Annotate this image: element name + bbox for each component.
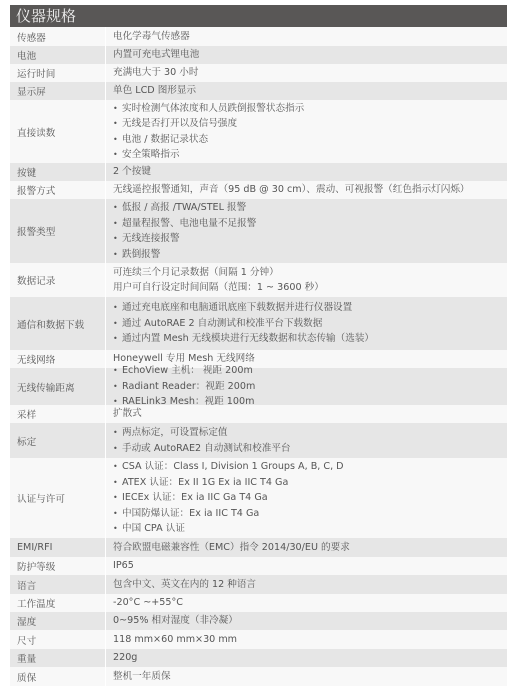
spec-row: 运行时间充满电大于 30 小时	[10, 64, 507, 82]
spec-bullet-item: 跌倒报警	[113, 247, 507, 263]
spec-value: 内置可充电式锂电池	[106, 46, 507, 64]
spec-value: 可连续三个月记录数据（间隔 1 分钟）用户可自行设定时间间隔（范围：1 ~ 36…	[106, 263, 507, 297]
spec-row: 标定两点标定，可设置标定值手动或 AutoRAE2 自动测试和校准平台	[10, 423, 507, 458]
spec-value-line: 2 个按键	[113, 164, 507, 180]
spec-row: 报警类型低报 / 高报 /TWA/STEL 报警超量程报警、电池电量不足报警无线…	[10, 199, 507, 263]
spec-row: 防护等级IP65	[10, 557, 507, 575]
spec-value: 低报 / 高报 /TWA/STEL 报警超量程报警、电池电量不足报警无线连接报警…	[106, 199, 507, 263]
spec-bullet-item: 通过充电底座和电脑通讯底座下载数据并进行仪器设置	[113, 300, 507, 316]
spec-bullet-item: 安全策略指示	[113, 147, 507, 163]
spec-row: 直接读数实时检测气体浓度和人员跌倒报警状态指示无线是否打开以及信号强度电池 / …	[10, 100, 507, 163]
spec-bullet-item: Radiant Reader：视距 200m	[113, 379, 507, 395]
spec-value-line: 包含中文、英文在内的 12 种语言	[113, 577, 507, 593]
spec-label: 无线传输距离	[10, 368, 106, 405]
spec-value-line: IP65	[113, 558, 507, 574]
spec-bullet-item: ATEX 认证：Ex II 1G Ex ia IIC T4 Ga	[113, 475, 507, 491]
spec-label: 工作温度	[10, 594, 106, 612]
spec-label: 尺寸	[10, 630, 106, 649]
spec-bullet-item: 中国 CPA 认证	[113, 521, 507, 537]
spec-row: 数据记录可连续三个月记录数据（间隔 1 分钟）用户可自行设定时间间隔（范围：1 …	[10, 263, 507, 297]
spec-value: 单色 LCD 图形显示	[106, 82, 507, 100]
spec-row: 采样扩散式	[10, 405, 507, 423]
spec-bullet-item: 无线连接报警	[113, 231, 507, 247]
spec-label: 质保	[10, 667, 106, 686]
spec-value: 扩散式	[106, 405, 507, 423]
spec-value: 2 个按键	[106, 163, 507, 181]
spec-value-line: -20°C ~+55°C	[113, 595, 507, 611]
spec-row: 显示屏单色 LCD 图形显示	[10, 82, 507, 100]
spec-value-line: 用户可自行设定时间间隔（范围：1 ~ 3600 秒）	[113, 280, 507, 296]
spec-bullet-item: 通过内置 Mesh 无线模块进行无线数据和状态传输（选装）	[113, 331, 507, 347]
spec-label: 显示屏	[10, 82, 106, 100]
spec-bullet-item: 实时检测气体浓度和人员跌倒报警状态指示	[113, 101, 507, 117]
spec-value: CSA 认证：Class I, Division 1 Groups A, B, …	[106, 458, 507, 538]
spec-label: 直接读数	[10, 100, 106, 163]
spec-rows: 传感器电化学毒气传感器电池内置可充电式锂电池运行时间充满电大于 30 小时显示屏…	[10, 27, 507, 686]
spec-row: 重量220g	[10, 649, 507, 667]
spec-value: 两点标定，可设置标定值手动或 AutoRAE2 自动测试和校准平台	[106, 423, 507, 458]
spec-row: 认证与许可CSA 认证：Class I, Division 1 Groups A…	[10, 458, 507, 538]
spec-row: 湿度0~95% 相对湿度（非冷凝）	[10, 612, 507, 630]
spec-row: 传感器电化学毒气传感器	[10, 27, 507, 46]
spec-label: 语言	[10, 575, 106, 594]
spec-value-line: 118 mm×60 mm×30 mm	[113, 632, 507, 648]
spec-row: EMI/RFI符合欧盟电磁兼容性（EMC）指令 2014/30/EU 的要求	[10, 538, 507, 557]
spec-value: 通过充电底座和电脑通讯底座下载数据并进行仪器设置通过 AutoRAE 2 自动测…	[106, 297, 507, 350]
spec-row: 报警方式无线遥控报警通知，声音（95 dB @ 30 cm）、震动、可视报警（红…	[10, 181, 507, 199]
spec-label: 数据记录	[10, 263, 106, 297]
spec-label: 按键	[10, 163, 106, 181]
spec-bullet-item: EchoView 主机： 视距 200m	[113, 363, 507, 379]
spec-bullet-item: CSA 认证：Class I, Division 1 Groups A, B, …	[113, 459, 507, 475]
spec-table: 仪器规格 传感器电化学毒气传感器电池内置可充电式锂电池运行时间充满电大于 30 …	[10, 5, 507, 686]
spec-label: 湿度	[10, 612, 106, 630]
spec-value: 符合欧盟电磁兼容性（EMC）指令 2014/30/EU 的要求	[106, 538, 507, 557]
spec-row: 无线传输距离EchoView 主机： 视距 200mRadiant Reader…	[10, 368, 507, 405]
spec-bullet-item: 中国防爆认证：Ex ia IIC T4 Ga	[113, 506, 507, 522]
spec-label: 防护等级	[10, 557, 106, 575]
spec-value: 充满电大于 30 小时	[106, 64, 507, 82]
spec-value-line: 符合欧盟电磁兼容性（EMC）指令 2014/30/EU 的要求	[113, 540, 507, 556]
spec-value-line: 电化学毒气传感器	[113, 29, 507, 45]
spec-label: 无线网络	[10, 350, 106, 368]
spec-row: 语言包含中文、英文在内的 12 种语言	[10, 575, 507, 594]
spec-row: 按键2 个按键	[10, 163, 507, 181]
spec-label: 采样	[10, 405, 106, 423]
spec-title: 仪器规格	[10, 5, 507, 27]
spec-bullet-item: 低报 / 高报 /TWA/STEL 报警	[113, 200, 507, 216]
spec-value: 0~95% 相对湿度（非冷凝）	[106, 612, 507, 630]
spec-label: 认证与许可	[10, 458, 106, 538]
spec-label: 报警方式	[10, 181, 106, 199]
spec-bullet-item: 通过 AutoRAE 2 自动测试和校准平台下载数据	[113, 316, 507, 332]
spec-value-line: 无线遥控报警通知，声音（95 dB @ 30 cm）、震动、可视报警（红色指示灯…	[113, 182, 507, 198]
spec-value: EchoView 主机： 视距 200mRadiant Reader：视距 20…	[106, 368, 507, 405]
spec-value-line: 扩散式	[113, 406, 507, 422]
spec-row: 尺寸118 mm×60 mm×30 mm	[10, 630, 507, 649]
spec-value-line: 220g	[113, 650, 507, 666]
spec-row: 电池内置可充电式锂电池	[10, 46, 507, 64]
spec-label: 运行时间	[10, 64, 106, 82]
spec-value-line: 整机一年质保	[113, 669, 507, 685]
spec-value: 实时检测气体浓度和人员跌倒报警状态指示无线是否打开以及信号强度电池 / 数据记录…	[106, 100, 507, 163]
spec-bullet-item: 电池 / 数据记录状态	[113, 132, 507, 148]
spec-value-line: 充满电大于 30 小时	[113, 65, 507, 81]
spec-bullet-item: 超量程报警、电池电量不足报警	[113, 216, 507, 232]
spec-label: EMI/RFI	[10, 538, 106, 557]
spec-bullet-item: 两点标定，可设置标定值	[113, 425, 507, 441]
spec-row: 质保整机一年质保	[10, 667, 507, 686]
spec-label: 传感器	[10, 27, 106, 46]
spec-bullet-item: IECEx 认证：Ex ia IIC Ga T4 Ga	[113, 490, 507, 506]
spec-label: 通信和数据下载	[10, 297, 106, 350]
spec-value: -20°C ~+55°C	[106, 594, 507, 612]
spec-value-line: 0~95% 相对湿度（非冷凝）	[113, 613, 507, 629]
spec-value: 220g	[106, 649, 507, 667]
spec-value-line: 单色 LCD 图形显示	[113, 83, 507, 99]
spec-value: 电化学毒气传感器	[106, 27, 507, 46]
spec-value: 整机一年质保	[106, 667, 507, 686]
spec-row: 通信和数据下载通过充电底座和电脑通讯底座下载数据并进行仪器设置通过 AutoRA…	[10, 297, 507, 350]
spec-row: 工作温度-20°C ~+55°C	[10, 594, 507, 612]
spec-bullet-item: 无线是否打开以及信号强度	[113, 116, 507, 132]
spec-value: 无线遥控报警通知，声音（95 dB @ 30 cm）、震动、可视报警（红色指示灯…	[106, 181, 507, 199]
spec-value: 包含中文、英文在内的 12 种语言	[106, 575, 507, 594]
spec-label: 重量	[10, 649, 106, 667]
spec-value: IP65	[106, 557, 507, 575]
spec-value: 118 mm×60 mm×30 mm	[106, 630, 507, 649]
spec-label: 电池	[10, 46, 106, 64]
spec-bullet-item: 手动或 AutoRAE2 自动测试和校准平台	[113, 441, 507, 457]
spec-label: 标定	[10, 423, 106, 458]
spec-label: 报警类型	[10, 199, 106, 263]
spec-value-line: 内置可充电式锂电池	[113, 47, 507, 63]
spec-value-line: 可连续三个月记录数据（间隔 1 分钟）	[113, 265, 507, 281]
